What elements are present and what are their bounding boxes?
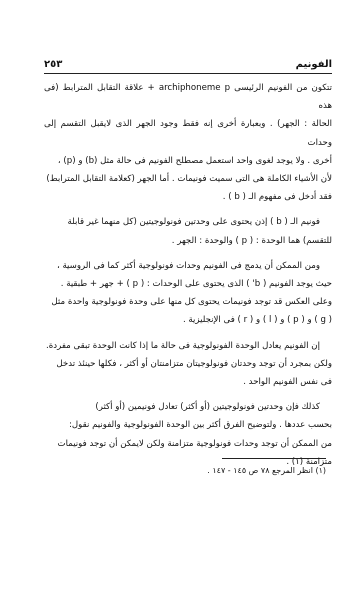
line: من الممكن أن توجد وحدات فونولوجية متزامن…: [58, 439, 332, 449]
line: كذلك فإن وحدتين فونولوجيتين (أو أكثر) تع…: [95, 402, 320, 412]
paragraph-3: ومن الممكن أن يدمج فى الفونيم وحدات فونو…: [44, 257, 332, 330]
line: الحالة : الجهر) . وبعبارة أخرى إنه فقط و…: [44, 119, 332, 147]
paragraph-4: إن الفونيم يعادل الوحدة الفونولوجية فى ح…: [44, 337, 332, 392]
line: بحسب عددها . ولتوضيح الفرق أكثر بين الوح…: [69, 420, 332, 430]
line: ولكن بمجرد أن توجد وحدتان فونولوجيتان مت…: [56, 359, 332, 369]
footnote-rule: [222, 458, 326, 459]
line: فونيم الـ ( b ) إذن يحتوى على وحدتين فون…: [68, 217, 321, 227]
header-rule: [44, 73, 332, 74]
running-title: الفونيم: [296, 59, 332, 70]
line: تتكون من الفونيم الرئيسى archiphoneme p …: [44, 83, 332, 111]
page-header: الفونيم ٢٥٣: [44, 56, 332, 70]
line: لأن الأشياء الكاملة هى التى سميت فونيمات…: [46, 174, 332, 184]
line: حيث يوجد الفونيم ( b' ) الذى يحتوى على ا…: [61, 279, 332, 289]
line: للتقسم) هما الوحدة : ( p ) والوحدة : الج…: [172, 236, 332, 246]
body-text: تتكون من الفونيم الرئيسى archiphoneme p …: [44, 79, 332, 471]
paragraph-5: كذلك فإن وحدتين فونولوجيتين (أو أكثر) تع…: [44, 398, 332, 471]
page-number: ٢٥٣: [44, 59, 62, 70]
line: ( g ) و ( p ) و ( l ) و ( r ) فى الإنجلي…: [183, 315, 332, 325]
line: فقد أدخل فى مفهوم الـ ( b ) .: [223, 192, 332, 202]
footnote: (١) انظر المرجع ٧٨ ص ١٤٥ - ١٤٧ .: [44, 465, 326, 477]
paragraph-2: فونيم الـ ( b ) إذن يحتوى على وحدتين فون…: [44, 213, 332, 249]
line: ومن الممكن أن يدمج فى الفونيم وحدات فونو…: [57, 261, 320, 271]
line: فى نفس الفونيم الواحد .: [243, 377, 332, 387]
book-page: الفونيم ٢٥٣ تتكون من الفونيم الرئيسى arc…: [0, 0, 364, 599]
line: أخرى . ولا يوجد لغوى واحد استعمل مصطلح ا…: [58, 156, 332, 166]
paragraph-1: تتكون من الفونيم الرئيسى archiphoneme p …: [44, 79, 332, 206]
line: إن الفونيم يعادل الوحدة الفونولوجية فى ح…: [46, 341, 320, 351]
line: وعلى العكس قد توجد فونيمات يحتوى كل منها…: [51, 297, 332, 307]
